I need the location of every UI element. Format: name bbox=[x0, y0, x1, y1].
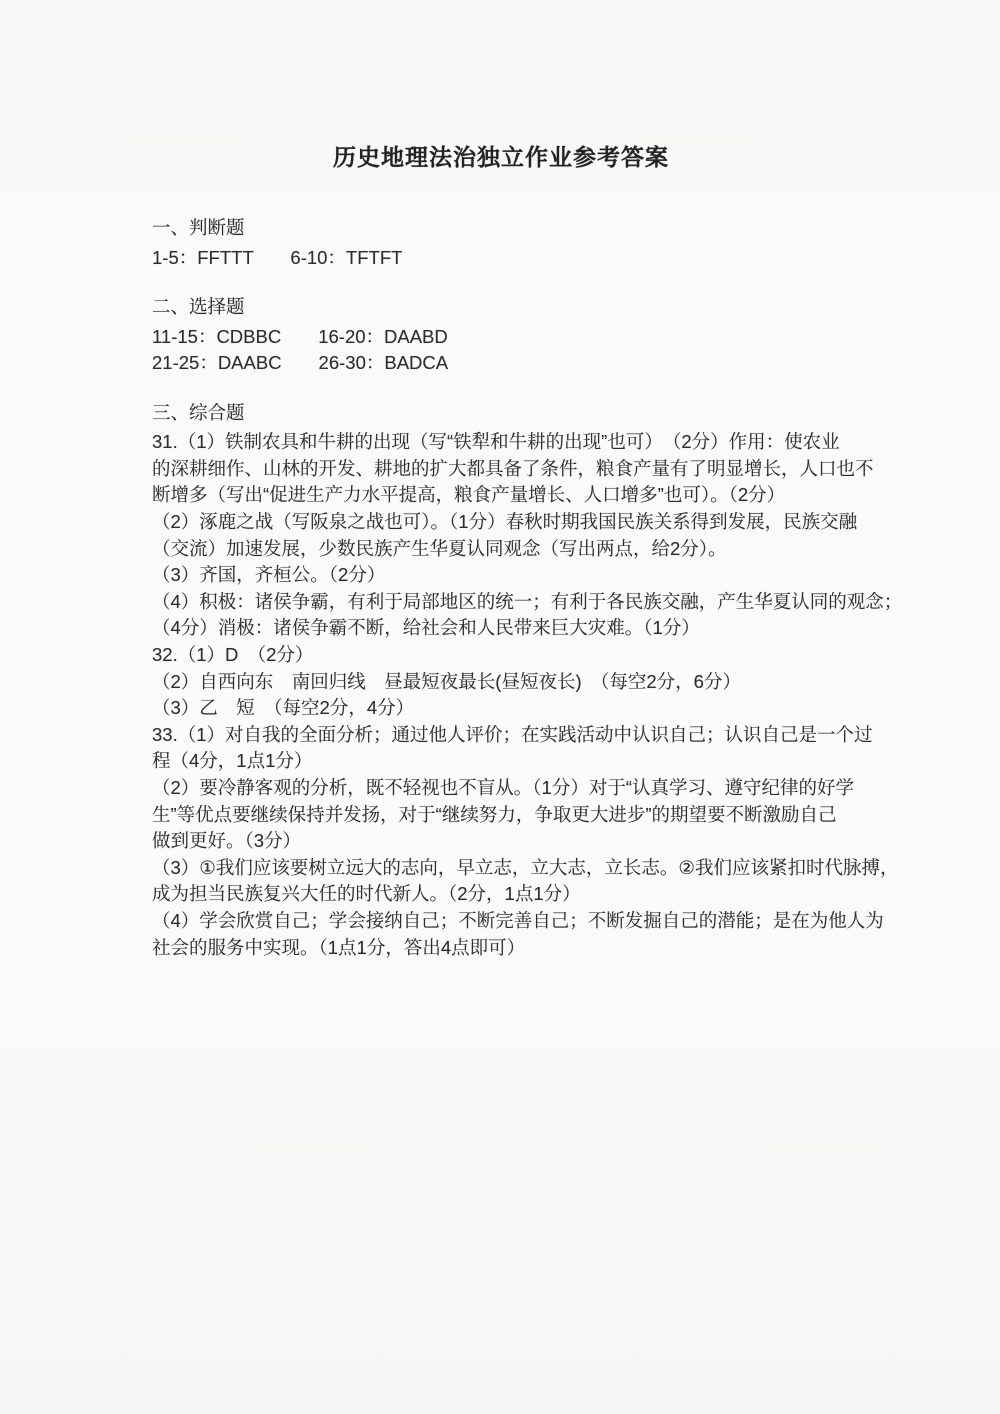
answer-line: 31.（1）铁制农具和牛耕的出现（写“铁犁和牛耕的出现”也可） （2分）作用：使… bbox=[152, 429, 850, 456]
document-title: 历史地理法治独立作业参考答案 bbox=[152, 142, 850, 172]
answer-line: 21-25：DAABC 26-30：BADCA bbox=[152, 350, 850, 377]
answer-line: 程（4分，1点1分） bbox=[152, 748, 850, 775]
section-multiple-choice: 二、选择题 11-15：CDBBC 16-20：DAABD 21-25：DAAB… bbox=[152, 294, 850, 377]
section-comprehensive-heading: 三、综合题 bbox=[152, 400, 850, 427]
answer-line: （4）学会欣赏自己；学会接纳自己；不断完善自己；不断发掘自己的潜能；是在为他人为 bbox=[152, 908, 850, 935]
section-comprehensive: 三、综合题 31.（1）铁制农具和牛耕的出现（写“铁犁和牛耕的出现”也可） （2… bbox=[152, 400, 850, 961]
answer-line: （4分）消极：诸侯争霸不断，给社会和人民带来巨大灾难。（1分） bbox=[152, 615, 850, 642]
answer-line: （2）涿鹿之战（写阪泉之战也可）。（1分）春秋时期我国民族关系得到发展，民族交融 bbox=[152, 509, 850, 536]
answer-line: 33.（1）对自我的全面分析；通过他人评价；在实践活动中认识自己；认识自己是一个… bbox=[152, 722, 850, 749]
answer-line: 1-5：FFTTT 6-10：TFTFT bbox=[152, 245, 850, 272]
answer-line: （2）要冷静客观的分析，既不轻视也不盲从。（1分）对于“认真学习、遵守纪律的好学 bbox=[152, 775, 850, 802]
answer-line: 做到更好。（3分） bbox=[152, 828, 850, 855]
document-sheet: 历史地理法治独立作业参考答案 一、判断题 1-5：FFTTT 6-10：TFTF… bbox=[0, 0, 1000, 961]
answer-line: 成为担当民族复兴大任的时代新人。（2分，1点1分） bbox=[152, 881, 850, 908]
answer-line: 社会的服务中实现。（1点1分，答出4点即可） bbox=[152, 935, 850, 962]
answer-line: 生”等优点要继续保持并发扬，对于“继续努力，争取更大进步”的期望要不断激励自己 bbox=[152, 802, 850, 829]
answer-line: （3）齐国，齐桓公。（2分） bbox=[152, 562, 850, 589]
document-page: 历史地理法治独立作业参考答案 一、判断题 1-5：FFTTT 6-10：TFTF… bbox=[0, 0, 1000, 1414]
answer-line: （3）①我们应该要树立远大的志向，早立志，立大志，立长志。②我们应该紧扣时代脉搏… bbox=[152, 855, 850, 882]
answer-line: 断增多（写出“促进生产力水平提高，粮食产量增长、人口增多”也可）。（2分） bbox=[152, 482, 850, 509]
answer-line: （4）积极：诸侯争霸，有利于局部地区的统一；有利于各民族交融，产生华夏认同的观念… bbox=[152, 589, 850, 616]
section-multiple-choice-heading: 二、选择题 bbox=[152, 294, 850, 321]
section-true-false: 一、判断题 1-5：FFTTT 6-10：TFTFT bbox=[152, 215, 850, 271]
answer-line: 的深耕细作、山林的开发、耕地的扩大都具备了条件，粮食产量有了明显增长，人口也不 bbox=[152, 456, 850, 483]
answer-line: 32.（1）D （2分） bbox=[152, 642, 850, 669]
answer-line: （3）乙 短 （每空2分，4分） bbox=[152, 695, 850, 722]
answer-line: （2）自西向东 南回归线 昼最短夜最长(昼短夜长) （每空2分，6分） bbox=[152, 669, 850, 696]
section-true-false-heading: 一、判断题 bbox=[152, 215, 850, 242]
answer-line: （交流）加速发展，少数民族产生华夏认同观念（写出两点，给2分）。 bbox=[152, 536, 850, 563]
answer-line: 11-15：CDBBC 16-20：DAABD bbox=[152, 324, 850, 351]
